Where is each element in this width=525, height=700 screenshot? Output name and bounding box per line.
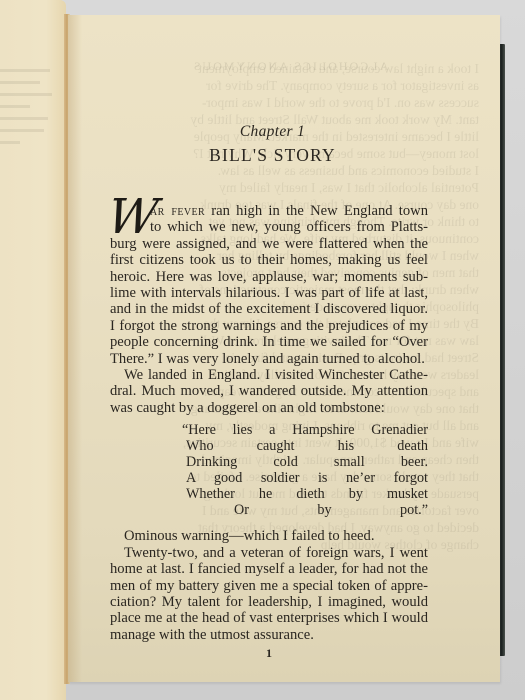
paragraph-3: Ominous warning—which I failed to heed. xyxy=(110,528,428,544)
page-number: 1 xyxy=(110,646,428,661)
text-line: We landed in England. I visited Winchest… xyxy=(110,367,428,383)
bleed-line: as investigator for a surety company. Th… xyxy=(84,77,479,94)
text-line: to which we new, young officers from Pla… xyxy=(110,219,428,235)
right-page: ALCOHOLICS ANONYMOUS I took a night law … xyxy=(68,15,500,682)
chapter-label: Chapter 1 xyxy=(110,123,435,141)
text-line: first citizens took us to their homes, m… xyxy=(110,252,428,268)
text-line: Twenty-two, and a veteran of foreign war… xyxy=(110,545,428,561)
paragraph-4: Twenty-two, and a veteran of foreign war… xyxy=(110,545,428,643)
text-line: was caught by a doggerel on an old tombs… xyxy=(110,400,428,416)
verse-line: “Here lies a Hampshire Grenadier xyxy=(182,422,428,438)
left-facing-page xyxy=(0,0,66,700)
text-line: dral. Much moved, I wandered outside. My… xyxy=(110,383,428,399)
left-page-bleed-through xyxy=(0,60,60,200)
chapter-title: BILL'S STORY xyxy=(110,145,435,166)
paragraph-2: We landed in England. I visited Winchest… xyxy=(110,367,428,416)
bleed-line: success was on. I'd prove to the world I… xyxy=(84,94,479,111)
book-photo: ALCOHOLICS ANONYMOUS I took a night law … xyxy=(0,0,525,700)
text-line: lime with intervals hilarious. I was par… xyxy=(110,285,428,301)
verse-line: Drinking cold small beer. xyxy=(182,454,428,470)
text-line: Ominous warning—which I failed to heed. xyxy=(110,528,428,544)
text-line: home at last. I fancied myself a leader,… xyxy=(110,561,428,577)
text-line: men of my battery given me a special tok… xyxy=(110,578,428,594)
text-line: manage with the utmost assurance. xyxy=(110,627,428,643)
text-line: There.” I was very lonely and again turn… xyxy=(110,351,428,367)
text-line: people concerning drink. In time we sail… xyxy=(110,334,428,350)
verse-line: Or by pot.” xyxy=(182,502,428,518)
drop-cap: W xyxy=(105,197,160,237)
verse-line: A good soldier is ne’er forgot xyxy=(182,470,428,486)
verse-line: Whether he dieth by musket xyxy=(182,486,428,502)
verse-line: Who caught his death xyxy=(182,438,428,454)
text-line: place me at the head of vast enterprises… xyxy=(110,610,428,626)
text-line: I forgot the strong warnings and the pre… xyxy=(110,318,428,334)
bleed-line: I took a night law course, and obtained … xyxy=(84,60,479,77)
text-line: and in the midst of the excitement I dis… xyxy=(110,301,428,317)
paragraph-1: ar fever ran high in the New England tow… xyxy=(110,203,428,367)
chapter-body: W ar fever ran high in the New England t… xyxy=(110,203,428,643)
tombstone-verse: “Here lies a Hampshire Grenadier Who cau… xyxy=(110,422,428,518)
text-line: burg were assigned, and we were flattere… xyxy=(110,236,428,252)
text-line: ciation? My talent for leadership, I ima… xyxy=(110,594,428,610)
text-line: heroic. Here was love, applause, war; mo… xyxy=(110,269,428,285)
